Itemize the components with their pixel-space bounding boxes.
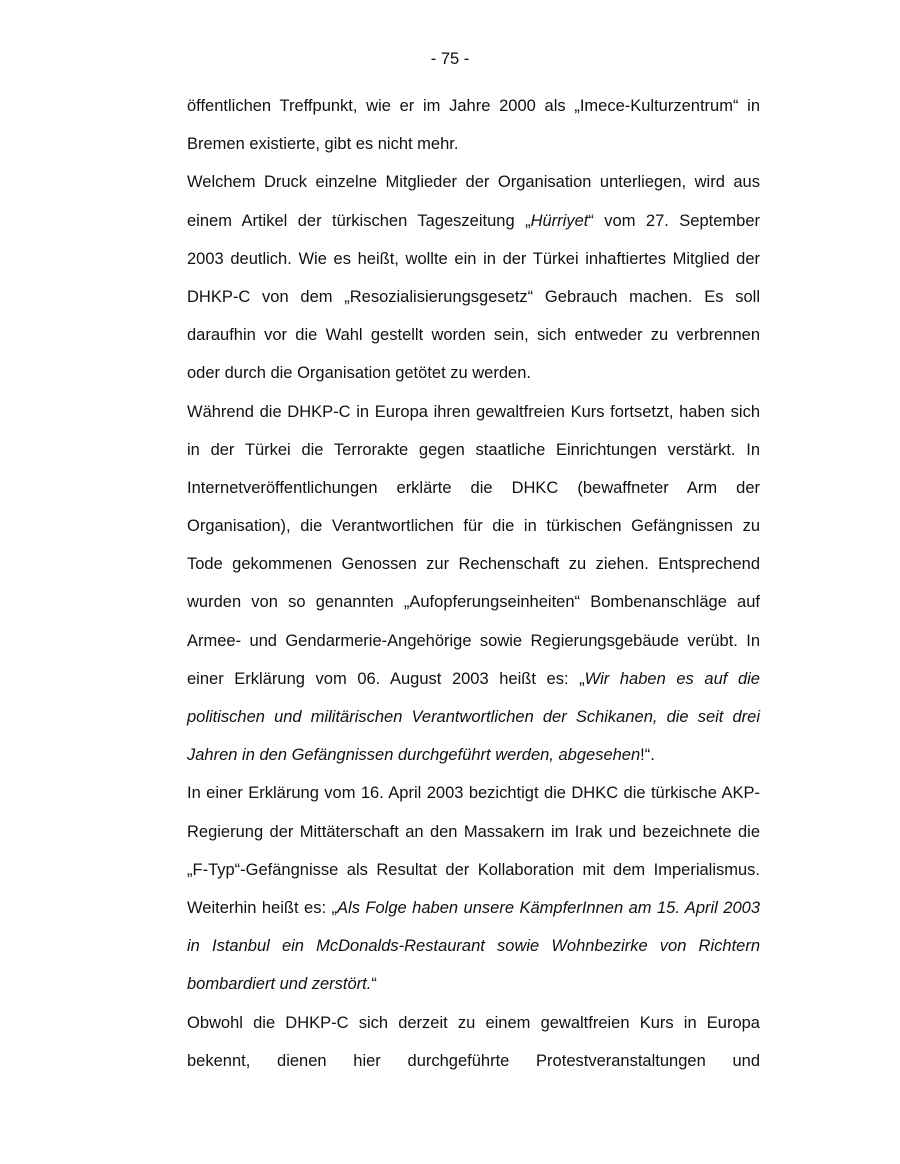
body-text-segment: Während die DHKP-C in Europa ihren gewal… (187, 403, 760, 421)
italic-quote-text: Hürriyet (531, 212, 589, 230)
page-number: - 75 - (0, 49, 900, 69)
body-text-segment: Tode gekommenen Genossen zur Rechenschaf… (187, 555, 760, 573)
body-text-segment: “ (371, 975, 377, 993)
text-line: öffentlichen Treffpunkt, wie er im Jahre… (187, 95, 760, 133)
italic-quote-text: bombardiert und zerstört. (187, 975, 371, 993)
text-line: Weiterhin heißt es: „Als Folge haben uns… (187, 897, 760, 935)
paragraph: Obwohl die DHKP-C sich derzeit zu einem … (187, 1012, 760, 1088)
text-line: 2003 deutlich. Wie es heißt, wollte ein … (187, 248, 760, 286)
text-line: Internetveröffentlichungen erklärte die … (187, 477, 760, 515)
text-line: „F-Typ“-Gefängnisse als Resultat der Kol… (187, 859, 760, 897)
body-text-segment: In einer Erklärung vom 16. April 2003 be… (187, 784, 760, 802)
body-text-segment: Organisation), die Verantwortlichen für … (187, 517, 760, 535)
text-line: politischen und militärischen Verantwort… (187, 706, 760, 744)
body-text-segment: Weiterhin heißt es: „ (187, 899, 337, 917)
body-text-segment: bekennt, dienen hier durchgeführte Prote… (187, 1052, 760, 1070)
text-line: bombardiert und zerstört.“ (187, 973, 760, 1011)
paragraph: öffentlichen Treffpunkt, wie er im Jahre… (187, 95, 760, 171)
text-line: oder durch die Organisation getötet zu w… (187, 362, 760, 400)
body-text-segment: „F-Typ“-Gefängnisse als Resultat der Kol… (187, 861, 760, 879)
italic-quote-text: in Istanbul ein McDonalds-Restaurant sow… (187, 937, 760, 955)
text-line: in Istanbul ein McDonalds-Restaurant sow… (187, 935, 760, 973)
body-text-segment: daraufhin vor die Wahl gestellt worden s… (187, 326, 760, 344)
body-text-segment: Regierung der Mittäterschaft an den Mass… (187, 823, 760, 841)
text-line: daraufhin vor die Wahl gestellt worden s… (187, 324, 760, 362)
text-line: wurden von so genannten „Aufopferungsein… (187, 591, 760, 629)
body-text-segment: oder durch die Organisation getötet zu w… (187, 364, 531, 382)
text-line: Während die DHKP-C in Europa ihren gewal… (187, 401, 760, 439)
body-text-segment: öffentlichen Treffpunkt, wie er im Jahre… (187, 97, 760, 115)
italic-quote-text: Wir haben es auf die (585, 670, 760, 688)
text-line: bekennt, dienen hier durchgeführte Prote… (187, 1050, 760, 1088)
body-text-segment: “ vom 27. September (588, 212, 760, 230)
text-line: Obwohl die DHKP-C sich derzeit zu einem … (187, 1012, 760, 1050)
body-text-segment: wurden von so genannten „Aufopferungsein… (187, 593, 760, 611)
text-line: Organisation), die Verantwortlichen für … (187, 515, 760, 553)
italic-quote-text: politischen und militärischen Verantwort… (187, 708, 760, 726)
body-text-segment: !“. (640, 746, 655, 764)
body-text-segment: 2003 deutlich. Wie es heißt, wollte ein … (187, 250, 760, 268)
text-line: in der Türkei die Terrorakte gegen staat… (187, 439, 760, 477)
body-text-segment: einer Erklärung vom 06. August 2003 heiß… (187, 670, 585, 688)
text-line: Armee- und Gendarmerie-Angehörige sowie … (187, 630, 760, 668)
document-body: öffentlichen Treffpunkt, wie er im Jahre… (187, 95, 760, 1088)
italic-quote-text: Jahren in den Gefängnissen durchgeführt … (187, 746, 640, 764)
text-line: Regierung der Mittäterschaft an den Mass… (187, 821, 760, 859)
body-text-segment: DHKP-C von dem „Resozialisierungsgesetz“… (187, 288, 760, 306)
paragraph: Während die DHKP-C in Europa ihren gewal… (187, 401, 760, 783)
body-text-segment: Bremen existierte, gibt es nicht mehr. (187, 135, 458, 153)
body-text-segment: Armee- und Gendarmerie-Angehörige sowie … (187, 632, 760, 650)
paragraph: In einer Erklärung vom 16. April 2003 be… (187, 782, 760, 1011)
text-line: Welchem Druck einzelne Mitglieder der Or… (187, 171, 760, 209)
text-line: Bremen existierte, gibt es nicht mehr. (187, 133, 760, 171)
body-text-segment: Obwohl die DHKP-C sich derzeit zu einem … (187, 1014, 760, 1032)
body-text-segment: Internetveröffentlichungen erklärte die … (187, 479, 760, 497)
text-line: einem Artikel der türkischen Tageszeitun… (187, 210, 760, 248)
text-line: Jahren in den Gefängnissen durchgeführt … (187, 744, 760, 782)
body-text-segment: in der Türkei die Terrorakte gegen staat… (187, 441, 760, 459)
text-line: In einer Erklärung vom 16. April 2003 be… (187, 782, 760, 820)
italic-quote-text: Als Folge haben unsere KämpferInnen am 1… (337, 899, 760, 917)
body-text-segment: einem Artikel der türkischen Tageszeitun… (187, 212, 531, 230)
text-line: einer Erklärung vom 06. August 2003 heiß… (187, 668, 760, 706)
text-line: Tode gekommenen Genossen zur Rechenschaf… (187, 553, 760, 591)
paragraph: Welchem Druck einzelne Mitglieder der Or… (187, 171, 760, 400)
body-text-segment: Welchem Druck einzelne Mitglieder der Or… (187, 173, 760, 191)
text-line: DHKP-C von dem „Resozialisierungsgesetz“… (187, 286, 760, 324)
